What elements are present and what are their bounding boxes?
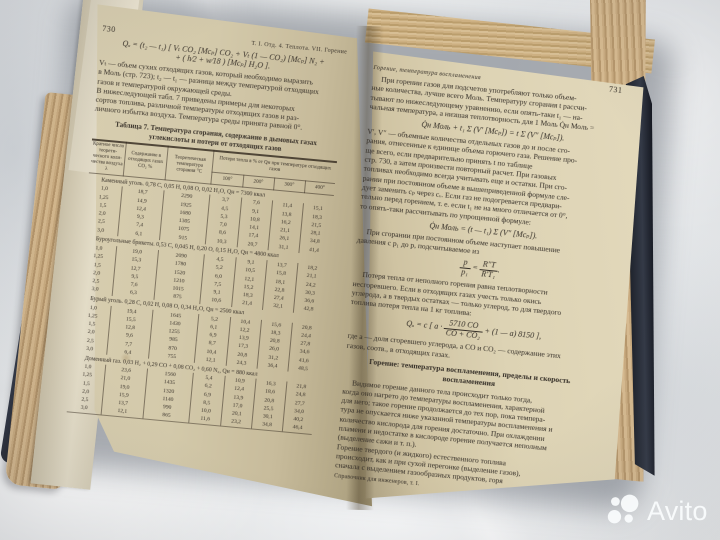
left-page-number: 730 xyxy=(102,24,116,34)
right-page-number: 731 xyxy=(609,85,623,95)
table-cell: Теоретическая температура сгорания °C xyxy=(165,147,215,185)
fraction: pp₁ xyxy=(459,259,471,278)
table7: Кратное число теорети­ческого коли­честв… xyxy=(67,139,337,435)
table-cell: Кратное число теорети­ческого коли­честв… xyxy=(89,140,126,177)
fraction: 5710 COCO + CO₂ xyxy=(443,319,483,340)
right-paragraph-6: Видимое горение данного тела происходит … xyxy=(335,377,593,494)
table-cell: Содержание в отходящих газах CO₂ % xyxy=(123,143,168,180)
fraction: R″TR′T₁ xyxy=(479,261,498,280)
left-page-content: 730 Т. I. Отд. 4. Теплота. VII. Горение … xyxy=(67,10,349,435)
right-page-content: Горение, температура воспламенения 731 П… xyxy=(334,62,623,504)
avito-wordmark: Avito xyxy=(647,496,708,527)
avito-logo-icon xyxy=(604,491,642,531)
avito-watermark: Avito xyxy=(604,487,720,535)
